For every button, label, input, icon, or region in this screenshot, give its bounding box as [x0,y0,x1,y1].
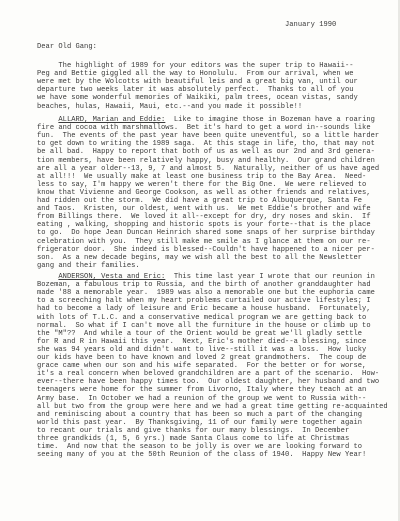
text-line: and Taos. Kristen, our oldest, went with… [37,205,371,213]
text-line: The highlight of 1989 for your editors w… [37,62,354,70]
text-line: she was 94 years old and didn't want to … [37,346,366,354]
text-line: fire and cocoa with marshmallows. Bet it… [37,124,371,132]
text-line: grace came when our son and his wife sep… [37,362,366,370]
text-line: beaches, hulas, Hawaii, Maui, etc.--and … [37,103,302,111]
indent [37,273,58,281]
text-line: normal. So what if I can't move all the … [37,322,371,330]
text-line: made '88 a memorable year. 1989 was also… [37,289,375,297]
text-line: frigerator door. She indeed is blessed--… [37,246,375,254]
text-line: celebration with you. They still make me… [37,238,371,246]
text-line: time. And now that the season to be joll… [37,443,362,451]
text-line: Peg and Bettie giggled all the way to Ho… [37,70,354,78]
letter-page: January 1990 Dear Old Gang: The highligh… [0,0,400,521]
text-line: world this past year. By Thanksgiving, 1… [37,419,362,427]
text-line: gang and their families. [37,262,140,270]
indent [37,116,58,124]
text-line: at all!!! We usually make at least one b… [37,173,366,181]
text-line: departure two weeks later it was absolut… [37,86,354,94]
letter-date: January 1990 [285,21,336,29]
text-line: the "M"?? And while a tour of the Orient… [37,330,362,338]
text-line: had ridden out the storm. We did have a … [37,197,362,205]
salutation: Dear Old Gang: [37,43,97,51]
text-line: less to say, I'm happy we weren't there … [37,181,366,189]
text-line: we have some wonderful memories of Waiki… [37,94,358,102]
section-heading: ALLARD, Marian and Eddie: [58,116,165,124]
section-first-line: ANDERSON, Vesta and Eric: This time last… [37,273,375,281]
text-line: to a screeching halt when my heart probl… [37,297,371,305]
section-first-line: ALLARD, Marian and Eddie: Like to imagin… [37,116,375,124]
text-line: tion members, have been relatively happy… [37,157,375,165]
text-line: Bozeman, a fabulous trip to Russia, and … [37,281,371,289]
section-first-line-text: This time last year I wrote that our reu… [165,273,375,281]
text-line: it's a real concern when beloved grandch… [37,370,379,378]
text-line: fun. The events of the past year have be… [37,132,379,140]
text-line: are all a year older--13, 9, 7 and almos… [37,165,379,173]
text-line: for R and R in Hawaii this year. Next, E… [37,338,366,346]
text-line: had to become a lady of leisure and Eric… [37,305,371,313]
text-line: were met by the Wolcotts with beautiful … [37,78,358,86]
text-line: to get down to writing the 1989 saga. At… [37,140,375,148]
text-line: son. As a new decade begins, may we wish… [37,254,362,262]
text-line: three grandkids (1, 5, 6 yrs.) made Sant… [37,435,349,443]
text-line: with lots of T.L.C. and a conservative m… [37,314,366,322]
text-line: to recant our trials and give thanks for… [37,427,349,435]
section-heading: ANDERSON, Vesta and Eric: [58,273,165,281]
text-line: to go. Do hope Jean Duncan Heinrich shar… [37,229,375,237]
text-line: ever--there have been happy times too. O… [37,378,379,386]
text-line: all but two from the group were here and… [37,403,388,411]
text-line: and reminiscing about a country that has… [37,411,362,419]
text-line: Army base. In October we had a reunion o… [37,395,366,403]
text-line: know that Vivienne and George Cookson, a… [37,189,371,197]
text-line: be all bad. Happy to report that both of… [37,148,375,156]
text-line: our kids have been to have known and lov… [37,354,366,362]
text-line: from Billings there. We loved it all--ex… [37,213,371,221]
text-line: teenagers were home for the summer from … [37,386,366,394]
text-line: eating , walking, shopping and historic … [37,221,371,229]
text-line: seeing many of you at the 50th Reunion o… [37,451,366,459]
section-first-line-text: Like to imagine those in Bozeman have a … [165,116,375,124]
